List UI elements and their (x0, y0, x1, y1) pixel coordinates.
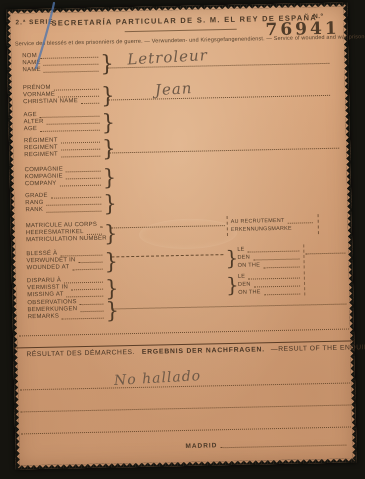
answer-line-regiment (109, 148, 339, 154)
brace (102, 136, 112, 160)
service-line: Service des blessés et des prisonniers d… (15, 35, 340, 48)
date-label: ON THE (238, 288, 261, 296)
dotted-leader (67, 295, 104, 298)
dotted-leader (60, 184, 101, 187)
place-line: MADRID (185, 440, 348, 450)
result-heading-fr: RÉSULTAT DES DÉMARCHES. (26, 349, 135, 358)
field-group-first-name: PRÉNOM VORNAME CHRISTIAN NAME (23, 83, 110, 109)
brace (104, 221, 114, 245)
answer-line-wounded-date (305, 253, 345, 255)
card-title: SECRETARÍA PARTICULAR DE S. M. EL REY DE… (51, 14, 292, 28)
field-group-regiment: RÉGIMENT REGIMENT REGIMENT (24, 136, 111, 162)
recruitment-box: AU RECRUTEMENT ERKENNUNGSMARKE (227, 214, 319, 236)
missing-date-block: LE DEN ON THE (238, 271, 305, 296)
identity-disc-label: ERKENNUNGSMARKE (231, 225, 292, 234)
wounded-date-block: LE DEN ON THE (237, 244, 304, 269)
answer-line-wounded-place (111, 254, 223, 257)
field-group-rank: GRADE RANG RANK (25, 191, 112, 217)
brace (100, 51, 110, 75)
result-writing-line (21, 404, 351, 412)
field-group-remarks: OBSERVATIONS BEMERKUNGEN REMARKS (27, 298, 114, 324)
date-label: LE (237, 246, 245, 254)
brace (104, 249, 114, 273)
date-label: DEN (238, 281, 251, 289)
series-label: 2.ª SERIE (15, 19, 53, 27)
perforated-edge-top (6, 2, 347, 13)
brace (101, 110, 111, 134)
field-label: NAME (22, 67, 40, 74)
title-rule (125, 29, 237, 32)
field-label: COMPANY (25, 181, 57, 189)
field-group-name: NOM NAME NAME (22, 51, 109, 77)
place-label: MADRID (185, 442, 217, 450)
brace (226, 274, 235, 296)
dotted-leader (263, 266, 300, 269)
dotted-leader (220, 444, 346, 449)
dotted-leader (100, 226, 102, 228)
brace (103, 165, 113, 189)
field-group-matriculation: MATRICULE AU CORPS HEERESMATRIKEL MATRIC… (26, 221, 113, 247)
date-label: DEN (237, 254, 250, 262)
dotted-leader (40, 129, 100, 132)
field-label: MISSING AT (27, 291, 64, 299)
brace (225, 247, 234, 269)
dotted-leader (46, 210, 101, 213)
field-label: CHRISTIAN NAME (23, 98, 78, 106)
photo-background: 2.ª SERIE SECRETARÍA PARTICULAR DE S. M.… (0, 0, 365, 479)
result-heading-de: ERGEBNIS DER NACHFRAGEN. (142, 346, 265, 356)
dotted-leader (87, 233, 102, 235)
date-label: ON THE (238, 261, 261, 269)
brace (103, 191, 113, 215)
field-group-age: AGE ALTER AGE (23, 110, 110, 136)
record-card: 2.ª SERIE SECRETARÍA PARTICULAR DE S. M.… (6, 2, 357, 469)
dotted-leader (264, 293, 301, 296)
answer-line-remarks (113, 304, 347, 310)
dotted-leader (44, 70, 99, 73)
answer-line-first-name (108, 95, 330, 101)
field-group-company: COMPAGNIE KOMPAGNIE COMPANY (25, 165, 112, 191)
dotted-leader (61, 155, 100, 158)
field-label: REGIMENT (24, 152, 58, 160)
dotted-leader (72, 268, 102, 271)
field-label: MATRICULATION NUMBER (26, 236, 107, 245)
field-label: REMARKS (28, 314, 60, 322)
field-label: RANK (25, 207, 43, 214)
field-label: AGE (24, 126, 38, 133)
perforated-edge-left (6, 10, 20, 470)
date-label: LE (238, 273, 246, 281)
brace (101, 83, 111, 107)
field-group-wounded-at: BLESSÉ À VERWUNDET IN WOUNDED AT (26, 249, 113, 275)
field-label: WOUNDED AT (27, 264, 70, 272)
perforated-edge-bottom (16, 458, 357, 469)
handwritten-first-name: Jean (154, 79, 192, 99)
embossed-stamp (139, 218, 238, 250)
dotted-leader (81, 102, 99, 104)
dotted-leader (62, 317, 104, 320)
section-divider-dotted (19, 329, 349, 337)
perforated-edge-right (343, 2, 357, 462)
brace (105, 298, 115, 322)
result-writing-line (21, 426, 351, 434)
